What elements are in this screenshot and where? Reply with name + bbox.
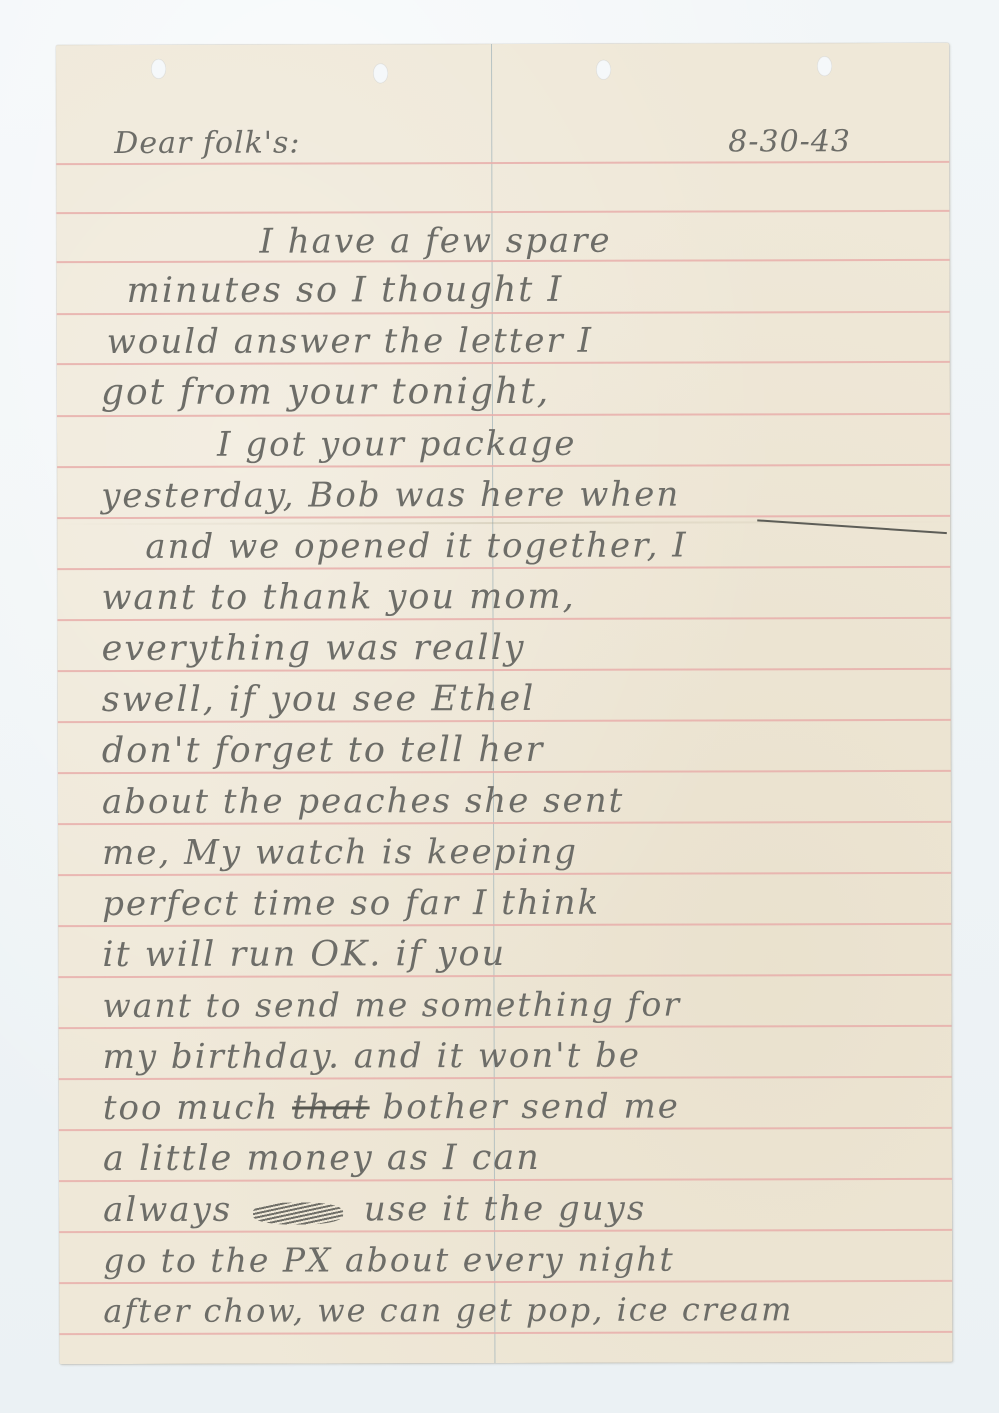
letter-line: it will run OK. if you <box>102 937 506 973</box>
punch-hole <box>817 56 832 76</box>
letter-page: Dear folk's: 8-30-43 I have a few spare … <box>56 43 952 1364</box>
letter-line: my birthday. and it won't be <box>103 1039 641 1074</box>
letter-line: yesterday, Bob was here when <box>101 478 680 514</box>
letter-greeting: Dear folk's: <box>114 129 300 159</box>
rule-line <box>56 210 949 214</box>
letter-line: me, My watch is keeping <box>102 835 578 870</box>
rule-line <box>59 1280 952 1284</box>
letter-line: swell, if you see Ethel <box>102 682 536 718</box>
line-text: yesterday, Bob was here when <box>101 475 680 517</box>
letter-line: everything was really <box>102 631 526 667</box>
punch-hole <box>151 59 166 79</box>
letter-line: a little money as I can <box>103 1141 541 1177</box>
rule-line <box>57 311 950 315</box>
letter-line: after chow, we can get pop, ice cream <box>103 1293 793 1327</box>
rule-line <box>59 1331 952 1335</box>
line-text: bother send me <box>382 1087 679 1128</box>
letter-line: don't forget to tell her <box>102 733 545 769</box>
letter-line: I have a few spare <box>259 224 611 259</box>
letter-line: perfect time so far I think <box>102 886 600 921</box>
letter-line: would answer the letter I <box>107 324 593 359</box>
scribbled-out-word <box>253 1202 343 1224</box>
letter-date: 8-30-43 <box>728 127 851 157</box>
line-text: use it the guys <box>364 1189 647 1230</box>
line-text: too much <box>103 1088 280 1128</box>
letter-line: want to send me something for <box>102 988 681 1023</box>
rule-line <box>57 413 950 417</box>
line-text: always <box>103 1190 232 1230</box>
letter-line: go to the PX about every night <box>103 1243 675 1277</box>
rule-line <box>59 1025 952 1029</box>
punch-hole <box>596 60 611 80</box>
rule-line <box>56 161 949 165</box>
letter-line: too much that bother send me <box>103 1090 680 1126</box>
letter-line: I got your package <box>217 427 577 462</box>
letter-line: minutes so I thought I <box>127 273 564 309</box>
punch-hole <box>373 63 388 83</box>
letter-line: always use it the guys <box>103 1192 646 1227</box>
letter-line: and we opened it together, I <box>145 529 687 564</box>
letter-line: got from your tonight, <box>101 374 550 411</box>
rule-line <box>57 464 950 468</box>
letter-line: want to thank you mom, <box>101 580 575 616</box>
struck-word: that <box>292 1087 370 1127</box>
letter-line: about the peaches she sent <box>102 784 624 819</box>
